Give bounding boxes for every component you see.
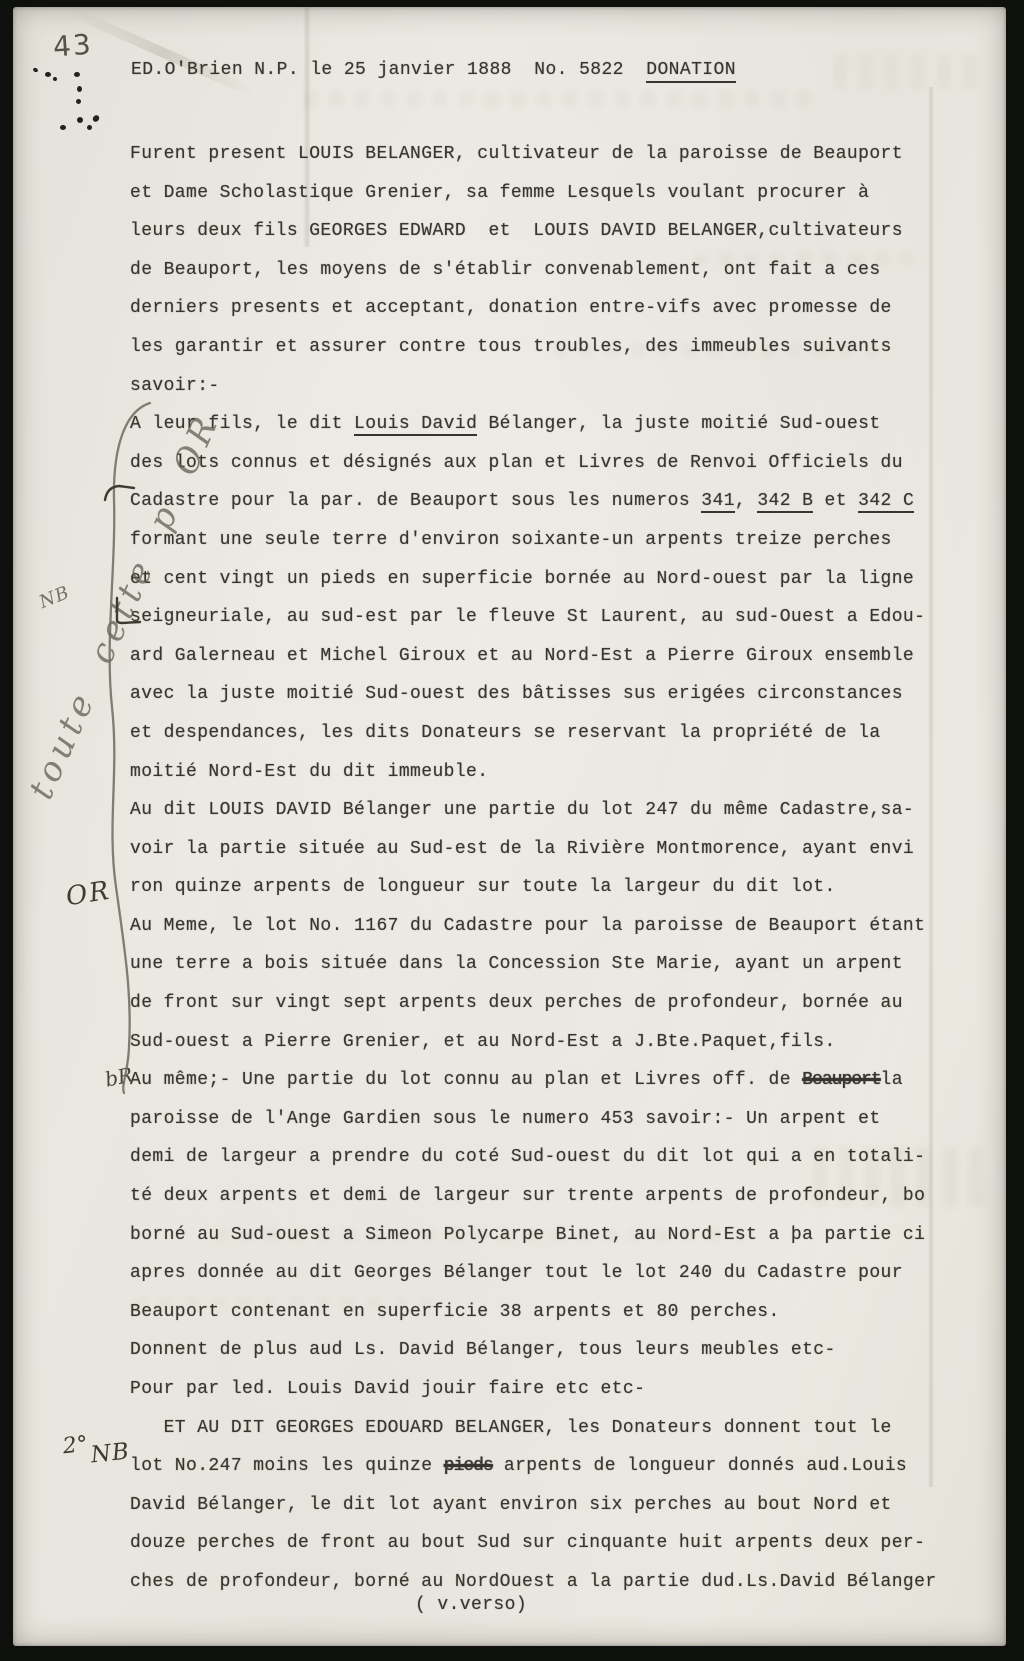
text-line: paroisse de l'Ange Gardien sous le numer… [130, 1100, 1006, 1139]
text-line: ard Galerneau et Michel Giroux et au Nor… [130, 637, 1006, 676]
text-line: de Beauport, les moyens de s'établir con… [130, 251, 1006, 290]
scanned-document-photo: 43 ED.O'Brien N.P. le 25 janvier 1888 No… [0, 0, 1024, 1661]
ink-speck [87, 125, 92, 130]
ink-speck [60, 125, 66, 130]
text-line: David Bélanger, le dit lot ayant environ… [130, 1486, 1006, 1525]
ink-speck [77, 86, 82, 92]
text-line: demi de largeur a prendre du coté Sud-ou… [130, 1138, 1006, 1177]
second-nb-prefix: 2° [62, 1432, 89, 1459]
text-line: Au Meme, le lot No. 1167 du Cadastre pou… [130, 907, 1006, 946]
text-line: seigneuriale, au sud-est par le fleuve S… [130, 598, 1006, 637]
text-line: et despendances, les dits Donateurs se r… [130, 714, 1006, 753]
text-line: savoir:- [130, 367, 1006, 406]
text-line: té deux arpents et demi de largeur sur t… [130, 1177, 1006, 1216]
ink-speck [45, 72, 51, 77]
margin-nb-pencil: NB [36, 582, 73, 613]
text-line: et Dame Scholastique Grenier, sa femme L… [130, 174, 1006, 213]
text-line: Au dit LOUIS DAVID Bélanger une partie d… [130, 791, 1006, 830]
ink-speck [76, 99, 81, 104]
ink-speck [74, 72, 80, 77]
text-line: Beauport contenant en superficie 38 arpe… [130, 1293, 1006, 1332]
text-line: avec la juste moitié Sud-ouest des bâtis… [130, 675, 1006, 714]
paper-sheet: 43 ED.O'Brien N.P. le 25 janvier 1888 No… [13, 7, 1006, 1646]
paper-crease [69, 7, 256, 97]
text-line: Donnent de plus aud Ls. David Bélanger, … [130, 1331, 1006, 1370]
text-line: ron quinze arpents de longueur sur toute… [130, 868, 1006, 907]
bleed-through-smudge [833, 55, 983, 89]
text-line: A leur fils, le dit Louis David Bélanger… [130, 405, 1006, 444]
text-line: des lots connus et désignés aux plan et … [130, 444, 1006, 483]
text-line: leurs deux fils GEORGES EDWARD et LOUIS … [130, 212, 1006, 251]
bleed-through-smudge [303, 91, 813, 107]
text-line: de front sur vingt sept arpents deux per… [130, 984, 1006, 1023]
ink-speck [32, 67, 38, 73]
text-line: Sud-ouest a Pierre Grenier, et au Nord-E… [130, 1023, 1006, 1062]
ink-speck [77, 117, 83, 123]
margin-second-nb-annotation: 2°NB [62, 1428, 129, 1466]
text-line: moitié Nord-Est du dit immeuble. [130, 753, 1006, 792]
text-line: Pour par led. Louis David jouir faire et… [130, 1370, 1006, 1409]
verso-note: ( v.verso) [415, 1595, 527, 1615]
text-line: Cadastre pour la par. de Beauport sous l… [130, 482, 1006, 521]
second-nb-label: NB [90, 1438, 132, 1468]
ink-speck [91, 114, 100, 123]
document-body: Furent present LOUIS BELANGER, cultivate… [130, 135, 1006, 1602]
text-line: formant une seule terre d'environ soixan… [130, 521, 1006, 560]
text-line: douze perches de front au bout Sud sur c… [130, 1524, 1006, 1563]
text-line: une terre a bois située dans la Concessi… [130, 945, 1006, 984]
ink-speck [53, 77, 57, 81]
header-text: ED.O'Brien N.P. le 25 janvier 1888 No. 5… [131, 60, 646, 80]
text-line: et cent vingt un pieds en superficie bor… [130, 560, 1006, 599]
text-line: voir la partie située au Sud-est de la R… [130, 830, 1006, 869]
document-header: ED.O'Brien N.P. le 25 janvier 1888 No. 5… [131, 60, 736, 80]
text-line: Furent present LOUIS BELANGER, cultivate… [130, 135, 1006, 174]
text-line: lot No.247 moins les quinze pieds arpent… [130, 1447, 1006, 1486]
text-line: ches de profondeur, borné au NordOuest a… [130, 1563, 1006, 1602]
handwritten-page-number: 43 [52, 28, 94, 64]
text-line: les garantir et assurer contre tous trou… [130, 328, 1006, 367]
margin-or-annotation: OR [64, 876, 113, 913]
text-line: borné au Sud-ouest a Simeon Polycarpe Bi… [130, 1216, 1006, 1255]
text-line: ET AU DIT GEORGES EDOUARD BELANGER, les … [130, 1409, 1006, 1448]
text-line: Au même;- Une partie du lot connu au pla… [130, 1061, 1006, 1100]
header-title-donation: DONATION [646, 60, 736, 83]
text-line: apres donnée au dit Georges Bélanger tou… [130, 1254, 1006, 1293]
text-line: derniers presents et acceptant, donation… [130, 289, 1006, 328]
